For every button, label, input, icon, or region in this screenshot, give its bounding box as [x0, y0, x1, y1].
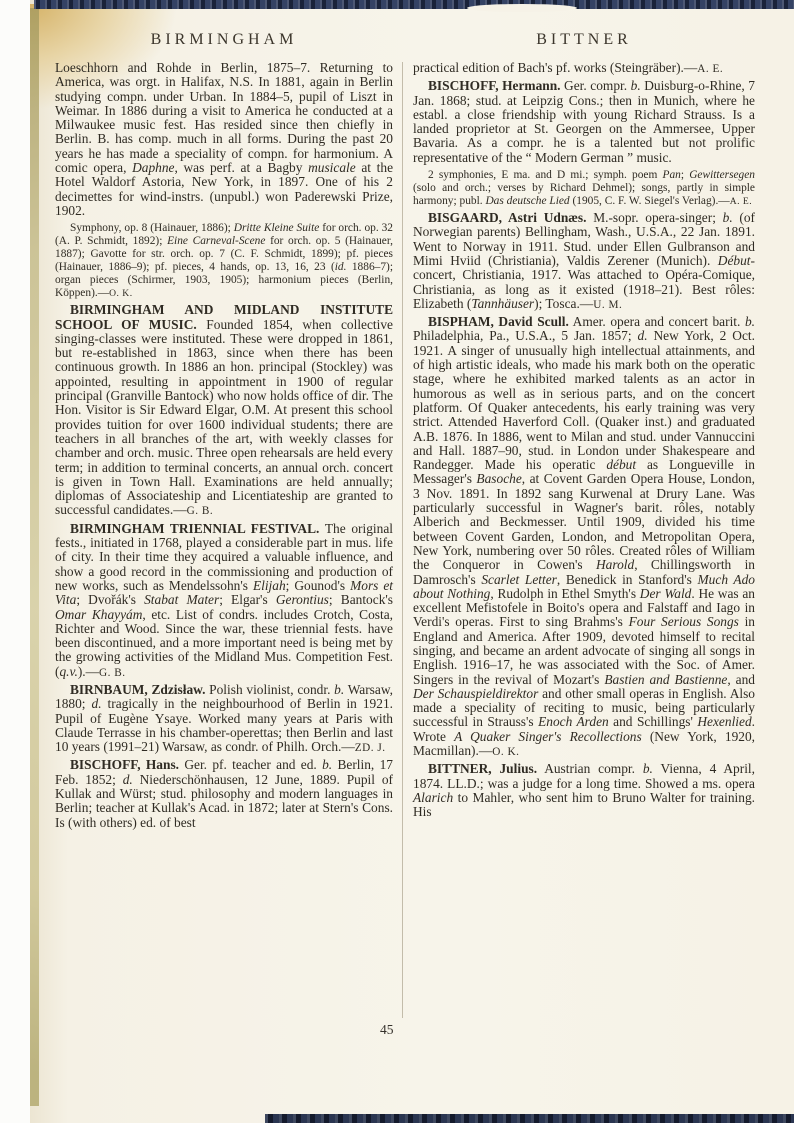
text-segment: Der Schauspieldirektor: [413, 686, 538, 701]
text-segment: ).—: [78, 664, 99, 679]
text-segment: G. B.: [99, 667, 126, 679]
text-segment: d.: [92, 696, 102, 711]
text-segment: , was perf. at a Bagby: [175, 160, 309, 175]
text-segment: Four Serious Songs: [629, 614, 739, 629]
entry-paragraph: BITTNER, Julius. Austrian compr. b. Vien…: [413, 762, 755, 819]
text-segment: b.: [745, 314, 755, 329]
entry-paragraph: BISCHOFF, Hermann. Ger. compr. b. Duisbu…: [413, 79, 755, 165]
text-segment: Hexenlied: [697, 714, 751, 729]
text-segment: b.: [723, 210, 733, 225]
left-column-entries: Loeschhorn and Rohde in Berlin, 1875–7. …: [55, 61, 393, 830]
book-page: BIRMINGHAM Loeschhorn and Rohde in Berli…: [30, 0, 794, 1123]
page-content: BIRMINGHAM Loeschhorn and Rohde in Berli…: [55, 28, 755, 1028]
text-segment: Gerontius: [276, 592, 329, 607]
text-segment: O. K.: [109, 288, 132, 299]
text-segment: Amer. opera and concert barit.: [569, 314, 745, 329]
text-segment: d.: [123, 772, 133, 787]
text-segment: Dritte Kleine Suite: [234, 222, 320, 234]
text-segment: q.v.: [59, 664, 77, 679]
text-segment: Harold: [596, 557, 634, 572]
text-segment: Eine Carneval-Scene: [167, 235, 265, 247]
text-segment: Bastien and Bastienne: [604, 672, 727, 687]
text-segment: Basoche: [476, 471, 521, 486]
text-segment: Founded 1854, when collective singing-cl…: [55, 317, 393, 518]
text-segment: Ger. compr.: [561, 78, 631, 93]
right-column: BITTNER practical edition of Bach's pf. …: [413, 28, 755, 1028]
text-segment: M.-sopr. opera-singer;: [587, 210, 723, 225]
text-segment: Omar Khayyám: [55, 607, 142, 622]
text-segment: and Schillings': [609, 714, 698, 729]
entry-paragraph: BISPHAM, David Scull. Amer. opera and co…: [413, 315, 755, 759]
text-segment: practical edition of Bach's pf. works (S…: [413, 60, 697, 75]
text-segment: Gewittersegen: [689, 169, 755, 181]
text-segment: ; Elgar's: [219, 592, 276, 607]
works-list-paragraph: 2 symphonies, E ma. and D mi.; symph. po…: [413, 169, 755, 208]
text-segment: A. E.: [697, 63, 723, 75]
text-segment: , Benedick in Stanford's: [557, 572, 698, 587]
text-segment: A Quaker Singer's Recollections: [454, 729, 642, 744]
text-segment: Polish violinist, condr.: [205, 682, 334, 697]
text-segment: ; Dvořák's: [76, 592, 144, 607]
text-segment: ); Tosca.—: [534, 296, 593, 311]
text-segment: Scarlet Letter: [481, 572, 557, 587]
text-segment: , Rudolph in Ethel Smyth's: [490, 586, 639, 601]
text-segment: début: [606, 457, 636, 472]
text-segment: d.: [638, 328, 648, 343]
works-list-paragraph: Symphony, op. 8 (Hainauer, 1886); Dritte…: [55, 222, 393, 300]
right-column-entries: practical edition of Bach's pf. works (S…: [413, 61, 755, 820]
text-segment: New York, 2 Oct. 1921. A singer of unusu…: [413, 328, 755, 472]
text-segment: Der Wald: [640, 586, 692, 601]
column-divider: [402, 62, 403, 1018]
left-column: BIRMINGHAM Loeschhorn and Rohde in Berli…: [55, 28, 393, 1028]
running-head-right: BITTNER: [413, 31, 755, 49]
text-segment: Philadelphia, Pa., U.S.A., 5 Jan. 1857;: [413, 328, 638, 343]
text-segment: b.: [643, 761, 653, 776]
text-segment: Daphne: [132, 160, 174, 175]
text-segment: Das deutsche Lied: [485, 195, 569, 207]
text-segment: O. K.: [492, 746, 519, 758]
text-segment: BISGAARD, Astri Udnæs.: [428, 210, 587, 225]
text-segment: 2 symphonies, E ma. and D mi.; symph. po…: [428, 169, 663, 181]
text-segment: A. E.: [730, 196, 752, 207]
entry-paragraph: BIRMINGHAM TRIENNIAL FESTIVAL. The origi…: [55, 522, 393, 680]
text-segment: Austrian compr.: [537, 761, 643, 776]
text-segment: Symphony, op. 8 (Hainauer, 1886);: [70, 222, 234, 234]
scan-bottom-binding-edge: [265, 1114, 794, 1123]
text-segment: ;: [681, 169, 689, 181]
running-head-left: BIRMINGHAM: [55, 31, 393, 49]
text-segment: to Mahler, who sent him to Bruno Walter …: [413, 790, 755, 819]
entry-paragraph: BIRNBAUM, Zdzisław. Polish violinist, co…: [55, 683, 393, 755]
text-segment: ; Bantock's: [329, 592, 393, 607]
text-segment: BIRMINGHAM TRIENNIAL FESTIVAL.: [70, 521, 319, 536]
text-segment: BISCHOFF, Hans.: [70, 757, 179, 772]
entry-paragraph: Loeschhorn and Rohde in Berlin, 1875–7. …: [55, 61, 393, 218]
text-segment: U. M.: [593, 299, 622, 311]
entry-paragraph: BISGAARD, Astri Udnæs. M.-sopr. opera-si…: [413, 211, 755, 312]
text-segment: BISPHAM, David Scull.: [428, 314, 569, 329]
text-segment: Pan: [663, 169, 681, 181]
text-segment: G. B.: [187, 505, 214, 517]
text-segment: Ger. pf. teacher and ed.: [179, 757, 322, 772]
scan-top-binding-edge: [34, 0, 794, 9]
text-segment: ; Gounod's: [286, 578, 350, 593]
text-segment: Stabat Mater: [144, 592, 219, 607]
text-segment: Début: [718, 253, 751, 268]
entry-paragraph: BIRMINGHAM AND MIDLAND INSTITUTE SCHOOL …: [55, 303, 393, 518]
text-segment: BITTNER, Julius.: [428, 761, 537, 776]
page-edge-strip: [30, 8, 39, 1106]
text-segment: musicale: [308, 160, 356, 175]
text-segment: b.: [322, 757, 332, 772]
text-segment: Elijah: [253, 578, 286, 593]
text-segment: (1905, C. F. W. Siegel's Verlag).—: [570, 195, 730, 207]
text-segment: id.: [335, 261, 347, 273]
text-segment: tragically in the neighbourhood of Berli…: [55, 696, 393, 754]
entry-paragraph: BISCHOFF, Hans. Ger. pf. teacher and ed.…: [55, 758, 393, 829]
text-segment: BIRNBAUM, Zdzisław.: [70, 682, 205, 697]
text-segment: b.: [631, 78, 641, 93]
text-segment: , and: [727, 672, 755, 687]
text-segment: b.: [334, 682, 344, 697]
text-segment: Alarich: [413, 790, 453, 805]
page-number: 45: [380, 1022, 394, 1038]
text-segment: Tannhäuser: [471, 296, 534, 311]
text-segment: Loeschhorn and Rohde in Berlin, 1875–7. …: [55, 60, 393, 175]
text-segment: Enoch Arden: [538, 714, 609, 729]
text-segment: BISCHOFF, Hermann.: [428, 78, 561, 93]
text-segment: ZD. J.: [355, 742, 386, 754]
entry-paragraph: practical edition of Bach's pf. works (S…: [413, 61, 755, 76]
